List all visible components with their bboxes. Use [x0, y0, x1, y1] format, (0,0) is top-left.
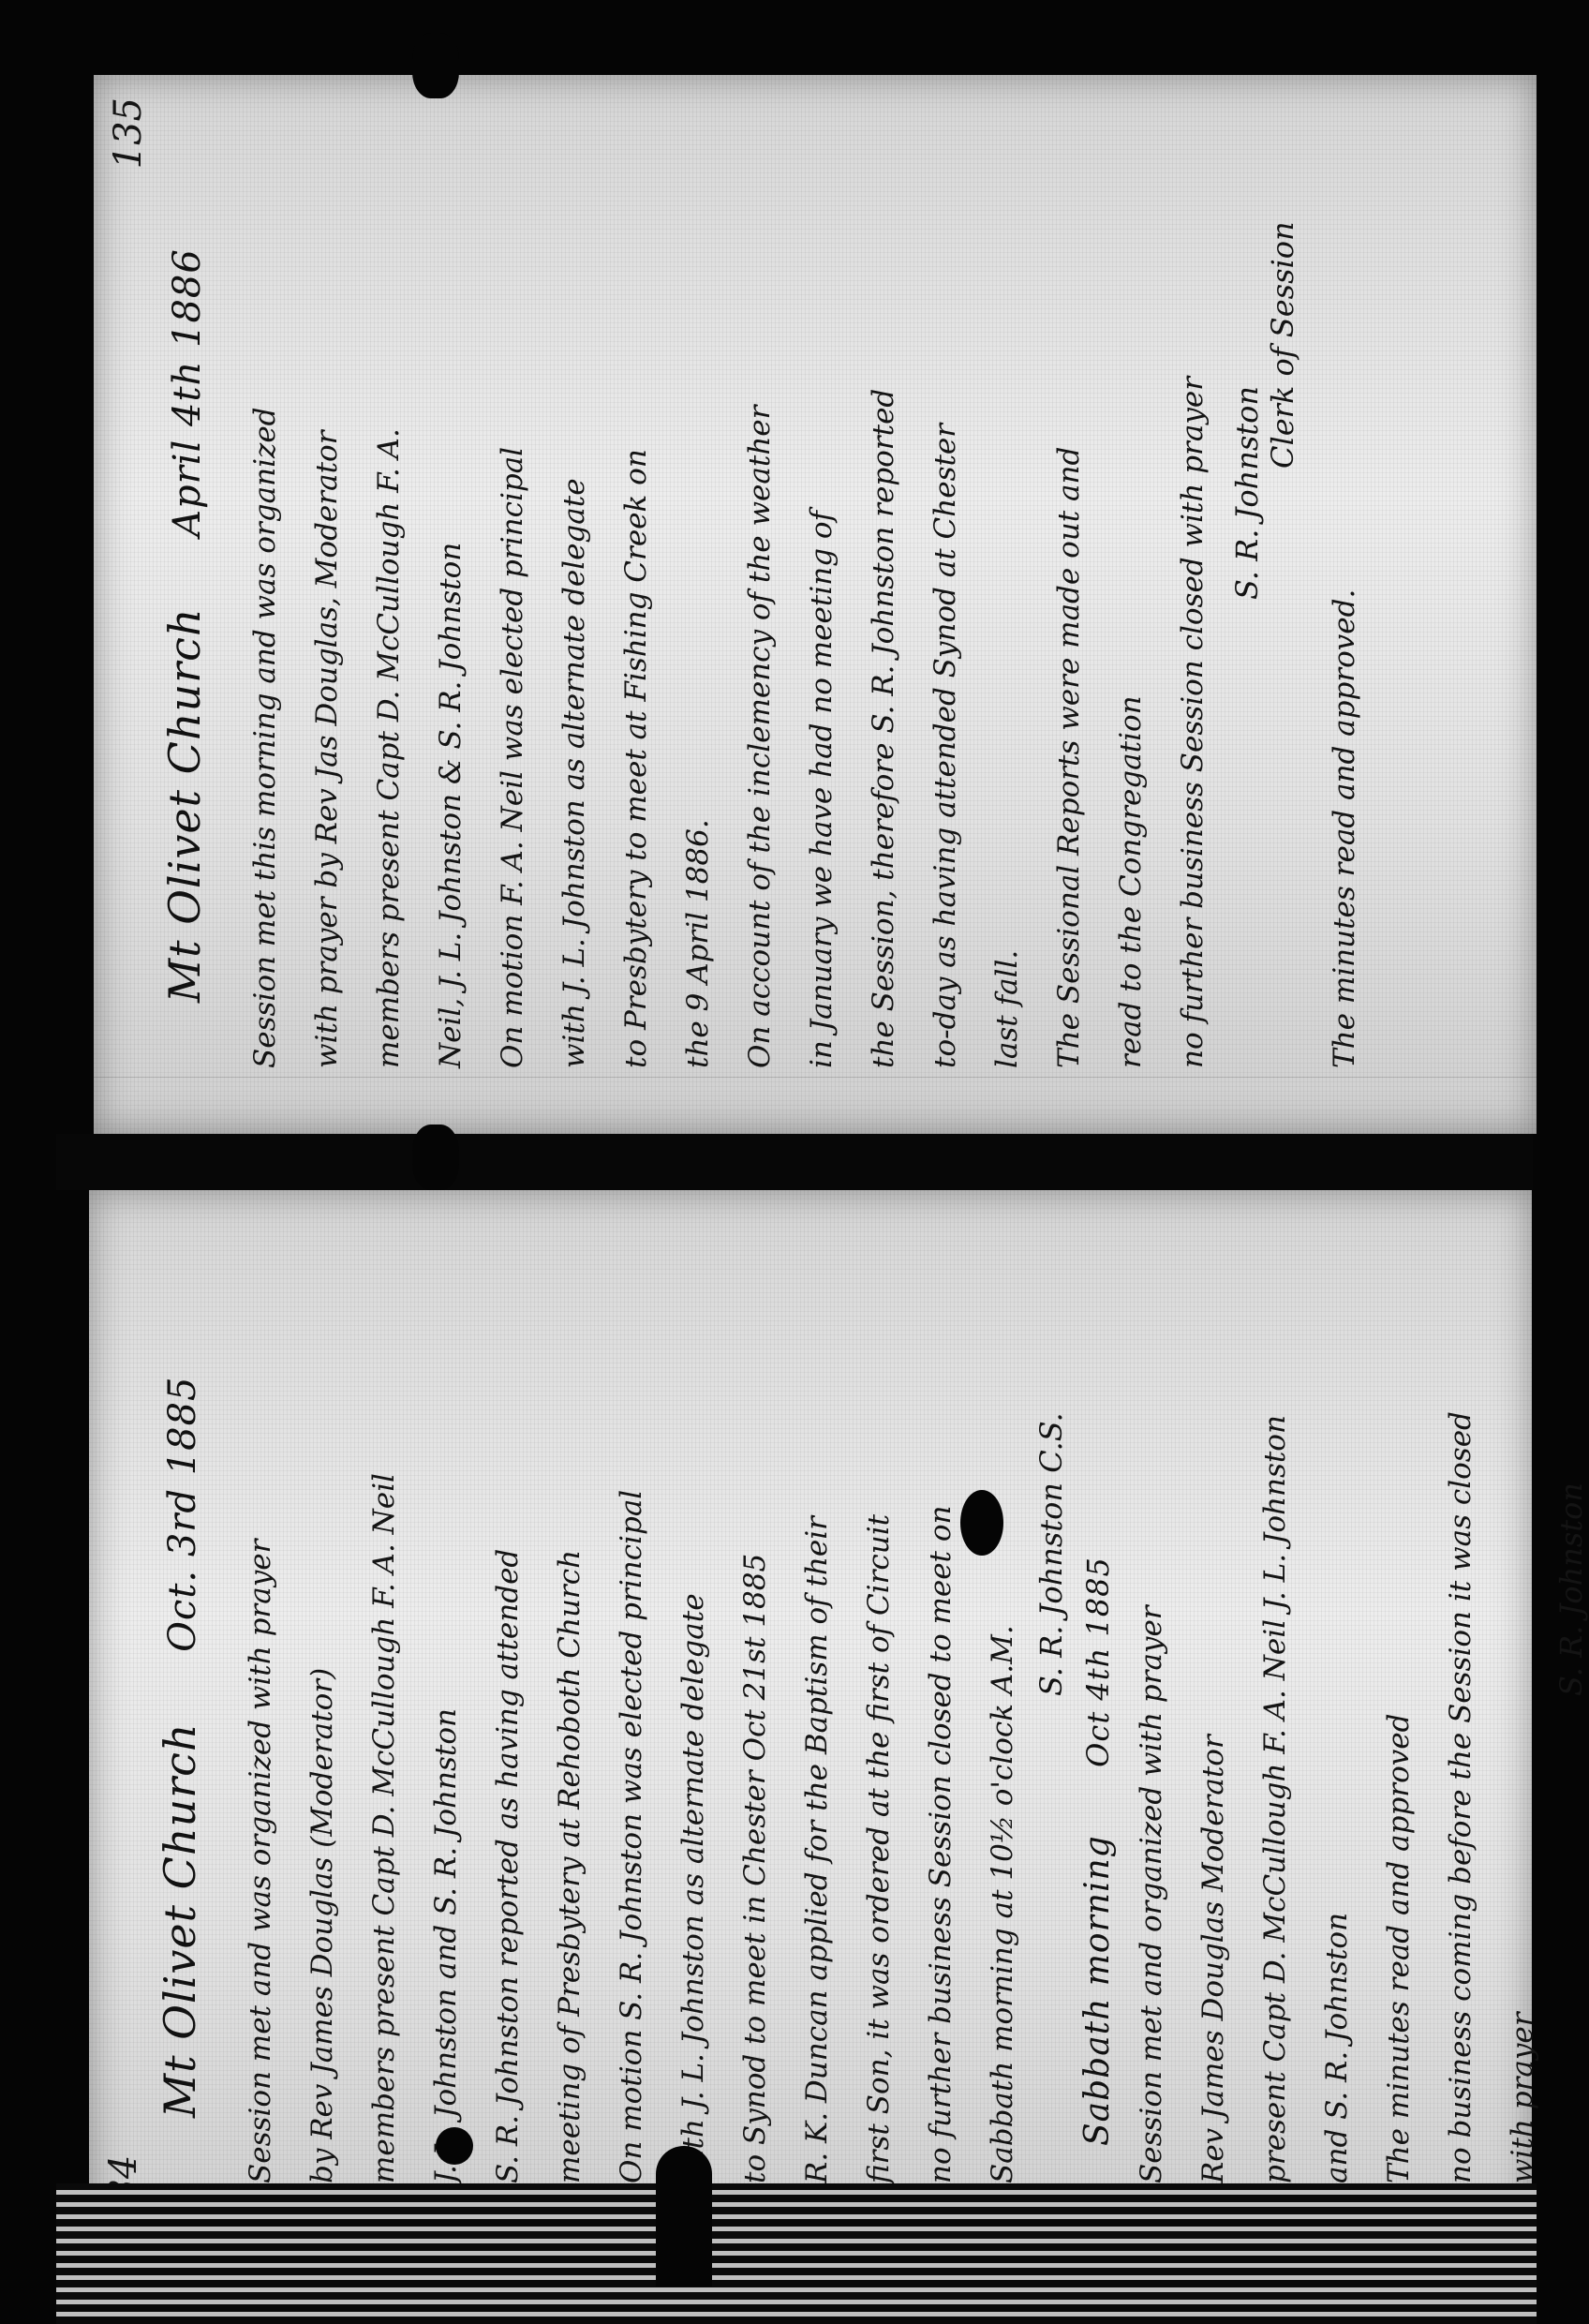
binding-clip [656, 2146, 712, 2287]
church-name: Mt Olivet Church [159, 608, 210, 1004]
minutes-line: S. R. Johnston reported as having attend… [477, 1246, 539, 2183]
minutes-line: members present Capt D. McCullough F. A.… [353, 1246, 415, 2183]
minutes-line: present Capt D. McCullough F. A. Neil J.… [1244, 1246, 1306, 2183]
minutes-line: members present Capt D. McCullough F. A. [358, 131, 420, 1068]
minutes-line: On motion S. R. Johnston was elected pri… [601, 1246, 662, 2183]
ink-blot [960, 1490, 1003, 1556]
minutes-line: no further business Session closed to me… [910, 1246, 972, 2183]
binding-edge [56, 2183, 1537, 2324]
minutes-line: with J. L. Johnston as alternate delegat… [662, 1246, 724, 2183]
minutes-line: to Presbytery to meet at Fishing Creek o… [605, 131, 667, 1068]
entry-heading: Mt Olivet Church April 4th 1886 [159, 131, 210, 1003]
minutes-line: first Son, it was ordered at the first o… [848, 1246, 910, 2183]
clerk-signature: S. R. Johnston [1553, 1246, 1589, 1696]
approval-note: The minutes read and approved. [1314, 131, 1375, 1068]
minutes-line: Sabbath morning at 10½ o'clock A.M. [972, 1246, 1033, 2183]
minutes-line: with J. L. Johnston as alternate delegat… [543, 131, 605, 1068]
minutes-line: The Sessional Reports were made out and [1038, 131, 1100, 1068]
minutes-line: read to the Congregation [1100, 131, 1162, 1068]
binding-clip [436, 2127, 473, 2165]
minutes-line: with prayer [1492, 1246, 1553, 2183]
ledger-page-134: 134 Mt Olivet Church Oct. 3rd 1885 Sessi… [89, 1190, 1532, 2249]
minutes-line: On motion F. A. Neil was elected princip… [482, 131, 543, 1068]
book-gutter [56, 1134, 1533, 1190]
minutes-line: On account of the inclemency of the weat… [729, 131, 791, 1068]
minutes-line: meeting of Presbytery at Rehoboth Church [539, 1246, 601, 2183]
minutes-line: last fall. [976, 131, 1038, 1068]
church-name: Mt Olivet Church [155, 1723, 205, 2119]
entry-date: April 4th 1886 [166, 248, 209, 537]
minutes-line: Session met and was organized with praye… [230, 1246, 291, 2183]
entry-heading: Sabbath morning Oct 4th 1885 [1078, 1246, 1117, 2146]
minutes-line: the 9 April 1886. [667, 131, 729, 1068]
minutes-line: The minutes read and approved [1368, 1246, 1430, 2183]
clerk-signature: S. R. Johnston C.S. [1033, 1246, 1069, 1696]
entry-date: Oct. 3rd 1885 [161, 1376, 204, 1651]
minutes-line: with prayer by Rev Jas Douglas, Moderato… [296, 131, 358, 1068]
clerk-title: Clerk of Session [1265, 131, 1300, 469]
minutes-line: R. K. Duncan applied for the Baptism of … [786, 1246, 848, 2183]
entry-heading: Mt Olivet Church Oct. 3rd 1885 [155, 1246, 205, 2118]
minutes-line: Session met and organized with prayer [1121, 1246, 1182, 2183]
minutes-line: to-day as having attended Synod at Chest… [914, 131, 976, 1068]
minutes-line: and S. R. Johnston [1306, 1246, 1368, 2183]
minutes-line: Neil, J. L. Johnston & S. R. Johnston [420, 131, 482, 1068]
binding-clip [412, 1125, 459, 1190]
entry-date: Oct 4th 1885 [1080, 1557, 1116, 1767]
minutes-line: no business coming before the Session it… [1430, 1246, 1492, 2183]
minutes-line: by Rev James Douglas (Moderator) [291, 1246, 353, 2183]
minutes-line: Rev James Douglas Moderator [1182, 1246, 1244, 2183]
minutes-line: the Session, therefore S. R. Johnston re… [853, 131, 914, 1068]
minutes-line: no further business Session closed with … [1162, 131, 1224, 1068]
minutes-line: Session met this morning and was organiz… [234, 131, 296, 1068]
entry-title: Sabbath morning [1078, 1835, 1117, 2146]
minutes-line: to Synod to meet in Chester Oct 21st 188… [724, 1246, 786, 2183]
binding-clip [412, 33, 459, 98]
clerk-signature: S. R. Johnston [1229, 131, 1265, 600]
minutes-line: J. L. Johnston and S. R. Johnston [415, 1246, 477, 2183]
minutes-line: in January we have had no meeting of [791, 131, 853, 1068]
ledger-page-135: 135 Mt Olivet Church April 4th 1886 Sess… [94, 75, 1537, 1134]
